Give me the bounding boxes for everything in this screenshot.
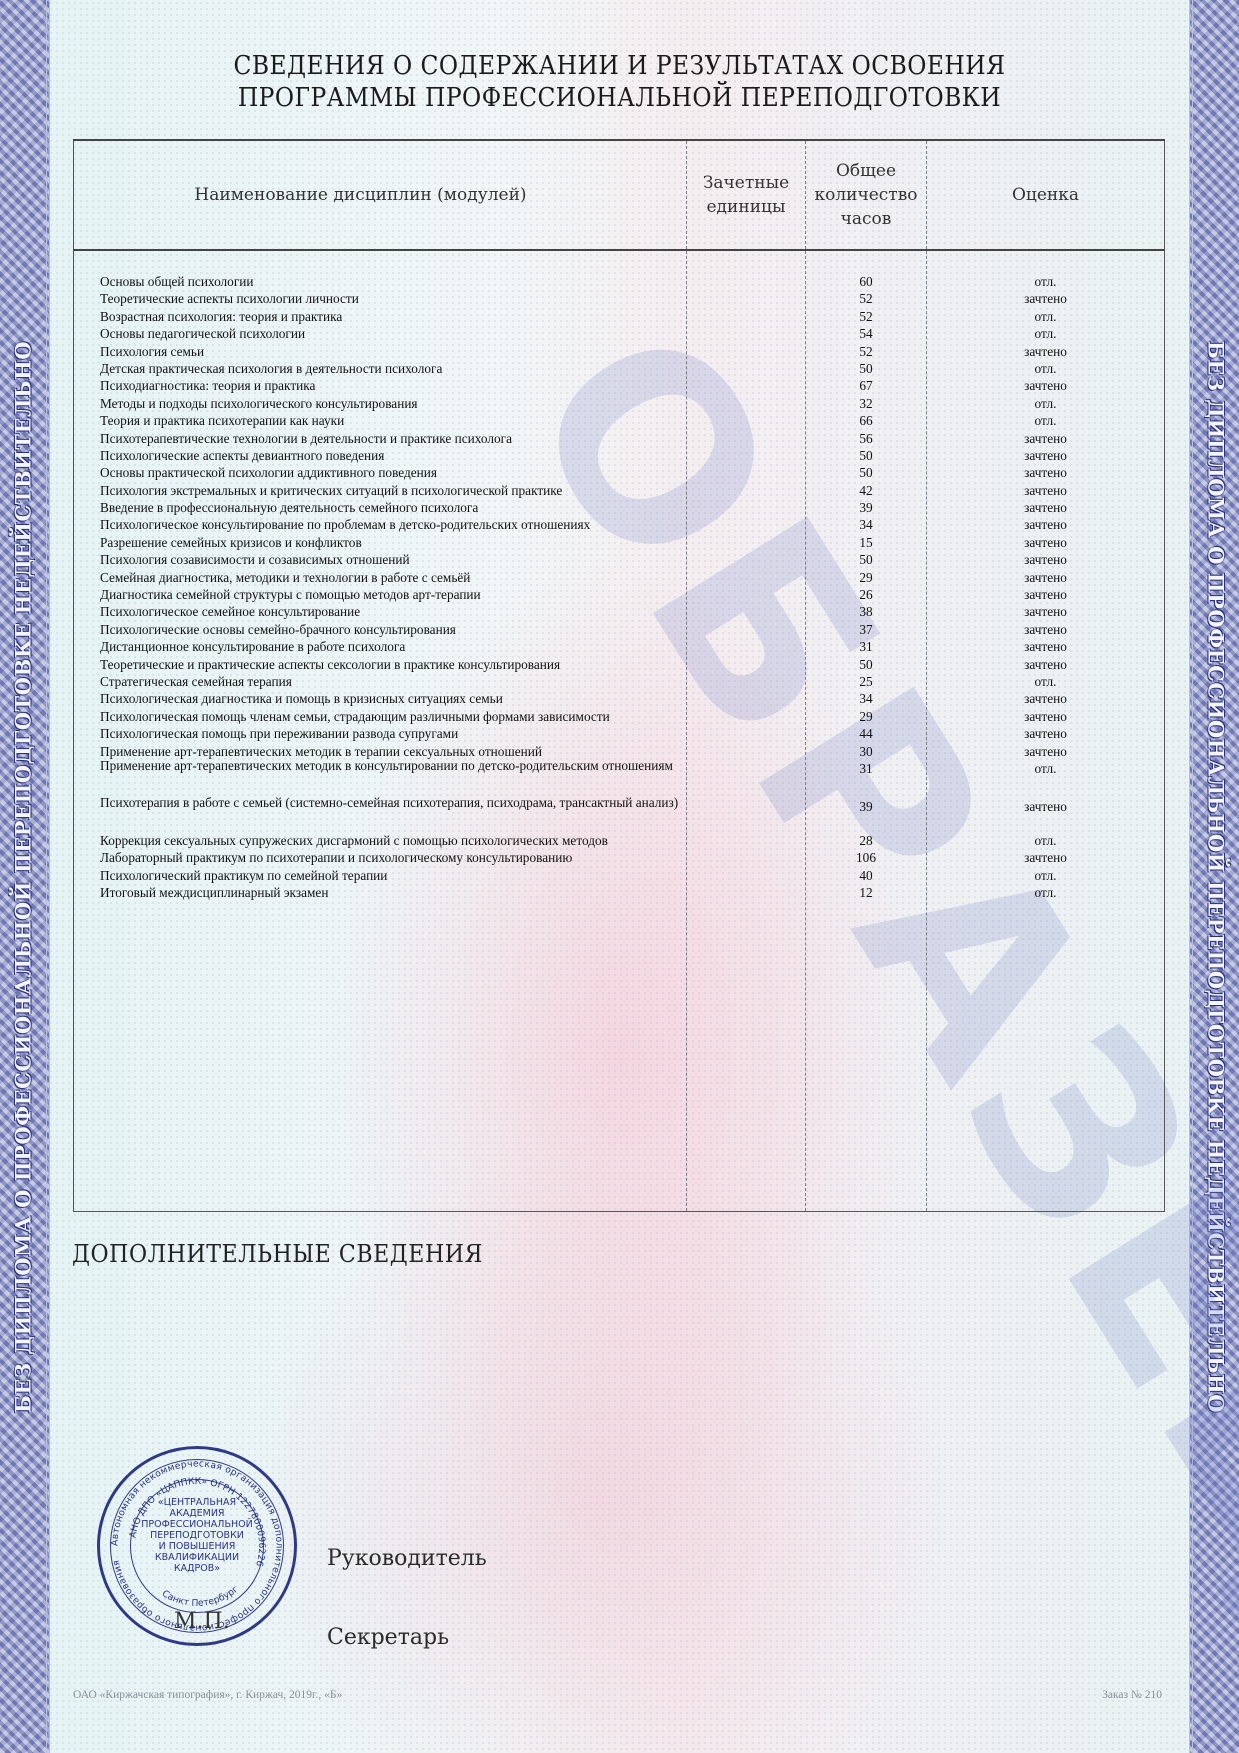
table-cell-hours: 39 bbox=[807, 499, 925, 516]
table-cell-grade: зачтено bbox=[928, 516, 1163, 533]
table-cell-credits bbox=[688, 447, 804, 464]
table-cell-grade: зачтено bbox=[928, 656, 1163, 673]
table-cell-credits bbox=[688, 656, 804, 673]
table-cell-hours: 30 bbox=[807, 743, 925, 760]
table-cell-name: Возрастная психология: теория и практика bbox=[100, 308, 710, 325]
table-cell-grade: зачтено bbox=[928, 796, 1163, 832]
table-cell-hours: 15 bbox=[807, 534, 925, 551]
table-cell-grade: зачтено bbox=[928, 743, 1163, 760]
table-cell-name: Психологический практикум по семейной те… bbox=[100, 867, 710, 884]
seal-center-line: ПЕРЕПОДГОТОВКИ bbox=[135, 1530, 259, 1541]
table-cell-credits bbox=[688, 849, 804, 866]
table-cell-credits bbox=[688, 343, 804, 360]
table-cell-name: Психологическая помощь членам семьи, стр… bbox=[100, 708, 710, 725]
table-cell-name: Коррекция сексуальных супружеских дисгар… bbox=[100, 832, 710, 849]
table-cell-credits bbox=[688, 832, 804, 849]
seal-center-line: КВАЛИФИКАЦИИ bbox=[135, 1552, 259, 1563]
document-title: СВЕДЕНИЯ О СОДЕРЖАНИИ И РЕЗУЛЬТАТАХ ОСВО… bbox=[0, 50, 1239, 114]
hours-column: 6052525452506732665650504239341550292638… bbox=[806, 250, 927, 1212]
table-cell-credits bbox=[688, 690, 804, 707]
seal-center-line: КАДРОВ» bbox=[135, 1563, 259, 1574]
table-cell-name: Теоретические и практические аспекты сек… bbox=[100, 656, 710, 673]
table-cell-name: Психологическая диагностика и помощь в к… bbox=[100, 690, 710, 707]
table-cell-name: Психологическая помощь при переживании р… bbox=[100, 725, 710, 742]
table-cell-hours: 38 bbox=[807, 603, 925, 620]
header-credits: Зачетные единицы bbox=[687, 140, 806, 250]
table-cell-credits bbox=[688, 499, 804, 516]
table-cell-credits bbox=[688, 412, 804, 429]
seal-place-label: М.П. bbox=[174, 1609, 230, 1634]
table-cell-grade: отл. bbox=[928, 760, 1163, 796]
seal-center-line: ПРОФЕССИОНАЛЬНОЙ bbox=[135, 1519, 259, 1530]
seal-center-text: «ЦЕНТРАЛЬНАЯАКАДЕМИЯПРОФЕССИОНАЛЬНОЙПЕРЕ… bbox=[135, 1497, 259, 1574]
table-cell-grade: отл. bbox=[928, 395, 1163, 412]
table-cell-hours: 52 bbox=[807, 308, 925, 325]
table-cell-credits bbox=[688, 621, 804, 638]
table-header-row: Наименование дисциплин (модулей) Зачетны… bbox=[74, 140, 1165, 250]
table-cell-hours: 40 bbox=[807, 867, 925, 884]
table-cell-hours: 34 bbox=[807, 516, 925, 533]
order-number: Заказ № 210 bbox=[1102, 1689, 1162, 1701]
table-cell-name: Разрешение семейных кризисов и конфликто… bbox=[100, 534, 710, 551]
table-cell-grade: зачтено bbox=[928, 586, 1163, 603]
header-hours: Общее количество часов bbox=[806, 140, 927, 250]
security-border-left: БЕЗ ДИПЛОМА О ПРОФЕССИОНАЛЬНОЙ ПЕРЕПОДГО… bbox=[0, 0, 50, 1753]
table-cell-hours: 106 bbox=[807, 849, 925, 866]
table-cell-name: Стратегическая семейная терапия bbox=[100, 673, 710, 690]
table-cell-credits bbox=[688, 551, 804, 568]
table-cell-hours: 50 bbox=[807, 360, 925, 377]
border-warning-text: БЕЗ ДИПЛОМА О ПРОФЕССИОНАЛЬНОЙ ПЕРЕПОДГО… bbox=[1204, 340, 1229, 1412]
table-cell-credits bbox=[688, 586, 804, 603]
table-cell-hours: 50 bbox=[807, 447, 925, 464]
table-cell-grade: отл. bbox=[928, 308, 1163, 325]
table-cell-hours: 50 bbox=[807, 656, 925, 673]
table-cell-credits bbox=[688, 395, 804, 412]
printer-imprint: ОАО «Киржачская типография», г. Киржач, … bbox=[73, 1689, 342, 1701]
table-cell-name: Психологическое семейное консультировани… bbox=[100, 603, 710, 620]
table-cell-name: Психологические основы семейно-брачного … bbox=[100, 621, 710, 638]
table-cell-name: Основы практической психологии аддиктивн… bbox=[100, 464, 710, 481]
seal-center-line: «ЦЕНТРАЛЬНАЯ bbox=[135, 1497, 259, 1508]
table-cell-credits bbox=[688, 638, 804, 655]
table-cell-credits bbox=[688, 290, 804, 307]
table-cell-credits bbox=[688, 796, 804, 832]
table-cell-grade: зачтено bbox=[928, 638, 1163, 655]
table-cell-credits bbox=[688, 482, 804, 499]
table-cell-name: Дистанционное консультирование в работе … bbox=[100, 638, 710, 655]
header-credits-line1: Зачетные bbox=[688, 171, 804, 195]
table-cell-hours: 32 bbox=[807, 395, 925, 412]
table-cell-hours: 29 bbox=[807, 569, 925, 586]
table-cell-name: Психология семьи bbox=[100, 343, 710, 360]
table-cell-credits bbox=[688, 708, 804, 725]
seal-center-line: И ПОВЫШЕНИЯ bbox=[135, 1541, 259, 1552]
table-cell-hours: 34 bbox=[807, 690, 925, 707]
table-cell-hours: 52 bbox=[807, 343, 925, 360]
svg-text:Санкт Петербург: Санкт Петербург bbox=[160, 1584, 241, 1609]
table-cell-grade: зачтено bbox=[928, 499, 1163, 516]
table-cell-grade: зачтено bbox=[928, 551, 1163, 568]
header-hours-line3: часов bbox=[807, 207, 925, 231]
table-cell-credits bbox=[688, 430, 804, 447]
table-cell-credits bbox=[688, 377, 804, 394]
table-cell-name: Психологические аспекты девиантного пове… bbox=[100, 447, 710, 464]
table-cell-hours: 31 bbox=[807, 638, 925, 655]
table-cell-credits bbox=[688, 569, 804, 586]
table-cell-grade: зачтено bbox=[928, 569, 1163, 586]
table-cell-hours: 54 bbox=[807, 325, 925, 342]
table-cell-grade: отл. bbox=[928, 884, 1163, 901]
table-cell-name: Диагностика семейной структуры с помощью… bbox=[100, 586, 710, 603]
table-cell-hours: 50 bbox=[807, 464, 925, 481]
table-cell-hours: 42 bbox=[807, 482, 925, 499]
table-cell-grade: зачтено bbox=[928, 343, 1163, 360]
security-border-right: БЕЗ ДИПЛОМА О ПРОФЕССИОНАЛЬНОЙ ПЕРЕПОДГО… bbox=[1189, 0, 1239, 1753]
table-cell-credits bbox=[688, 760, 804, 796]
table-cell-name: Психология созависимости и созависимых о… bbox=[100, 551, 710, 568]
header-discipline-name: Наименование дисциплин (модулей) bbox=[74, 140, 687, 250]
table-cell-grade: отл. bbox=[928, 832, 1163, 849]
table-cell-grade: отл. bbox=[928, 360, 1163, 377]
table-cell-grade: зачтено bbox=[928, 430, 1163, 447]
table-cell-credits bbox=[688, 743, 804, 760]
table-cell-grade: зачтено bbox=[928, 377, 1163, 394]
table-cell-credits bbox=[688, 867, 804, 884]
table-cell-credits bbox=[688, 534, 804, 551]
table-cell-grade: зачтено bbox=[928, 725, 1163, 742]
table-cell-name: Теория и практика психотерапии как науки bbox=[100, 412, 710, 429]
table-cell-credits bbox=[688, 273, 804, 290]
table-cell-credits bbox=[688, 673, 804, 690]
additional-info-title: ДОПОЛНИТЕЛЬНЫЕ СВЕДЕНИЯ bbox=[72, 1240, 519, 1268]
table-body: Основы общей психологииТеоретические асп… bbox=[74, 250, 1165, 1212]
table-cell-name: Психология экстремальных и критических с… bbox=[100, 482, 710, 499]
table-cell-name: Психотерапевтические технологии в деятел… bbox=[100, 430, 710, 447]
table-cell-name: Теоретические аспекты психологии личност… bbox=[100, 290, 710, 307]
credits-column bbox=[687, 250, 806, 1212]
table-cell-name: Применение арт-терапевтических методик в… bbox=[100, 760, 710, 796]
table-cell-grade: зачтено bbox=[928, 534, 1163, 551]
table-cell-name: Детская практическая психология в деятел… bbox=[100, 360, 710, 377]
table-cell-hours: 12 bbox=[807, 884, 925, 901]
table-cell-credits bbox=[688, 325, 804, 342]
disciplines-table: Наименование дисциплин (модулей) Зачетны… bbox=[73, 139, 1165, 1212]
head-signature-label: Руководитель bbox=[327, 1546, 487, 1571]
table-cell-credits bbox=[688, 516, 804, 533]
title-line-2: ПРОГРАММЫ ПРОФЕССИОНАЛЬНОЙ ПЕРЕПОДГОТОВК… bbox=[62, 82, 1177, 114]
table-cell-credits bbox=[688, 725, 804, 742]
table-cell-hours: 26 bbox=[807, 586, 925, 603]
table-cell-grade: отл. bbox=[928, 673, 1163, 690]
secretary-signature-label: Секретарь bbox=[327, 1625, 449, 1650]
seal-center-line: АКАДЕМИЯ bbox=[135, 1508, 259, 1519]
table-cell-hours: 37 bbox=[807, 621, 925, 638]
table-cell-hours: 60 bbox=[807, 273, 925, 290]
table-cell-hours: 25 bbox=[807, 673, 925, 690]
table-cell-credits bbox=[688, 884, 804, 901]
table-cell-grade: отл. bbox=[928, 867, 1163, 884]
table-cell-name: Основы педагогической психологии bbox=[100, 325, 710, 342]
table-cell-grade: зачтено bbox=[928, 290, 1163, 307]
discipline-names-column: Основы общей психологииТеоретические асп… bbox=[74, 250, 687, 1212]
table-cell-hours: 28 bbox=[807, 832, 925, 849]
table-cell-grade: отл. bbox=[928, 325, 1163, 342]
table-cell-name: Методы и подходы психологического консул… bbox=[100, 395, 710, 412]
table-cell-grade: зачтено bbox=[928, 690, 1163, 707]
table-cell-grade: зачтено bbox=[928, 603, 1163, 620]
table-cell-grade: зачтено bbox=[928, 849, 1163, 866]
table-cell-hours: 44 bbox=[807, 725, 925, 742]
table-cell-grade: зачтено bbox=[928, 447, 1163, 464]
border-warning-text: БЕЗ ДИПЛОМА О ПРОФЕССИОНАЛЬНОЙ ПЕРЕПОДГО… bbox=[11, 340, 36, 1412]
table-cell-credits bbox=[688, 308, 804, 325]
table-cell-grade: зачтено bbox=[928, 708, 1163, 725]
header-credits-line2: единицы bbox=[688, 195, 804, 219]
table-cell-grade: зачтено bbox=[928, 482, 1163, 499]
table-cell-hours: 29 bbox=[807, 708, 925, 725]
table-cell-name: Основы общей психологии bbox=[100, 273, 710, 290]
table-cell-name: Итоговый междисциплинарный экзамен bbox=[100, 884, 710, 901]
additional-info-title-text: ДОПОЛНИТЕЛЬНЫЕ СВЕДЕНИЯ bbox=[72, 1240, 483, 1268]
grades-column: отл.зачтеноотл.отл.зачтеноотл.зачтеноотл… bbox=[927, 250, 1165, 1212]
table-cell-grade: отл. bbox=[928, 273, 1163, 290]
table-cell-name: Лабораторный практикум по психотерапии и… bbox=[100, 849, 710, 866]
table-cell-hours: 67 bbox=[807, 377, 925, 394]
table-cell-hours: 56 bbox=[807, 430, 925, 447]
table-cell-name: Введение в профессиональную деятельность… bbox=[100, 499, 710, 516]
table-cell-hours: 50 bbox=[807, 551, 925, 568]
header-hours-line1: Общее bbox=[807, 159, 925, 183]
table-cell-hours: 31 bbox=[807, 760, 925, 796]
table-cell-name: Психотерапия в работе с семьей (системно… bbox=[100, 796, 710, 832]
table-cell-credits bbox=[688, 464, 804, 481]
table-cell-name: Психологическое консультирование по проб… bbox=[100, 516, 710, 533]
table-cell-grade: отл. bbox=[928, 412, 1163, 429]
table-cell-credits bbox=[688, 603, 804, 620]
title-line-1: СВЕДЕНИЯ О СОДЕРЖАНИИ И РЕЗУЛЬТАТАХ ОСВО… bbox=[62, 50, 1177, 82]
table-cell-name: Семейная диагностика, методики и техноло… bbox=[100, 569, 710, 586]
table-cell-name: Психодиагностика: теория и практика bbox=[100, 377, 710, 394]
table-cell-hours: 39 bbox=[807, 796, 925, 832]
table-cell-hours: 66 bbox=[807, 412, 925, 429]
table-cell-grade: зачтено bbox=[928, 464, 1163, 481]
table-cell-hours: 52 bbox=[807, 290, 925, 307]
table-cell-grade: зачтено bbox=[928, 621, 1163, 638]
header-grade: Оценка bbox=[927, 140, 1165, 250]
header-hours-line2: количество bbox=[807, 183, 925, 207]
table-cell-credits bbox=[688, 360, 804, 377]
